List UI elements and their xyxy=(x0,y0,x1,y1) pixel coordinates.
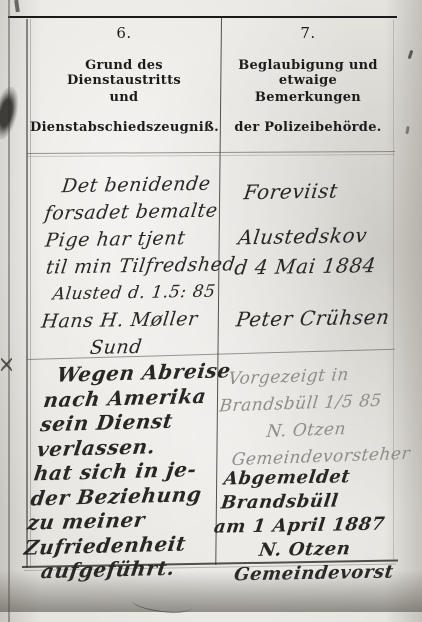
document-page: 6. Grund des Dienstaustritts und Diensta… xyxy=(0,0,422,622)
entry-col6-row1-handwriting: Det benidende forsadet bemalte Pige har … xyxy=(24,170,247,363)
handwriting-line: til min Tilfredshed xyxy=(44,251,237,281)
handwriting-line: Abgemeldet xyxy=(222,464,406,491)
entry-col7-row1-handwriting: Foreviist Alustedskov d 4 Mai 1884 Peter… xyxy=(226,174,407,334)
column-7-header-line-2: Bemerkungen xyxy=(220,90,396,105)
handwriting-line-date: am 1 April 1887 xyxy=(213,512,401,539)
edge-mark xyxy=(408,50,414,59)
column-7-number: 7. xyxy=(220,24,396,42)
handwriting-line: Alustedskov xyxy=(236,220,401,253)
corner-mark xyxy=(14,0,20,12)
handwriting-line: Det benidende xyxy=(60,170,247,200)
column-6-header-line-3: Dienstabschiedszeugniß. xyxy=(30,120,218,135)
table-left-border-outer xyxy=(26,19,28,568)
handwriting-line: Brandsbüll xyxy=(219,488,403,515)
handwriting-line-signature: Hans H. Møller xyxy=(40,305,231,335)
handwriting-line: Alusted d. 1.5: 85 xyxy=(51,278,234,308)
top-rule xyxy=(8,16,397,18)
column-7-header-line-3: der Polizeibehörde. xyxy=(220,120,396,135)
handwriting-line: Foreviist xyxy=(242,174,407,207)
scanned-document-photo: 6. Grund des Dienstaustritts und Diensta… xyxy=(0,0,422,622)
column-7-header-line-1: Beglaubigung und etwaige xyxy=(220,58,396,88)
handwriting-line: forsadet bemalte xyxy=(43,197,244,228)
handwriting-line: nach Amerika xyxy=(42,383,229,412)
handwriting-line: Sund xyxy=(88,332,227,361)
handwriting-line: Pige har tjent xyxy=(44,224,241,254)
entry-col6-row2-handwriting: Wegen Abreise nach Amerika sein Dienst v… xyxy=(19,358,232,584)
torn-edge-shadow xyxy=(0,570,422,612)
column-6-header-line-2: und xyxy=(30,90,218,105)
edge-mark xyxy=(405,126,409,134)
handwriting-line-date: d 4 Mai 1884 xyxy=(233,250,398,283)
handwriting-line-signature: Peter Crühsen xyxy=(234,302,391,335)
entry-col7-row2-pencil-note: Vorgezeigt in Brandsbüll 1/5 85 N. Otzen… xyxy=(218,359,420,474)
handwriting-line: der Beziehung xyxy=(29,481,216,510)
handwriting-line-signature: N. Otzen xyxy=(258,536,398,562)
column-6-number: 6. xyxy=(30,24,218,42)
ink-blot xyxy=(0,84,22,141)
margin-x-mark xyxy=(1,358,12,371)
handwriting-line: Zufriedenheit xyxy=(23,530,210,559)
column-6-header-line-1: Grund des Dienstaustritts xyxy=(30,58,218,88)
